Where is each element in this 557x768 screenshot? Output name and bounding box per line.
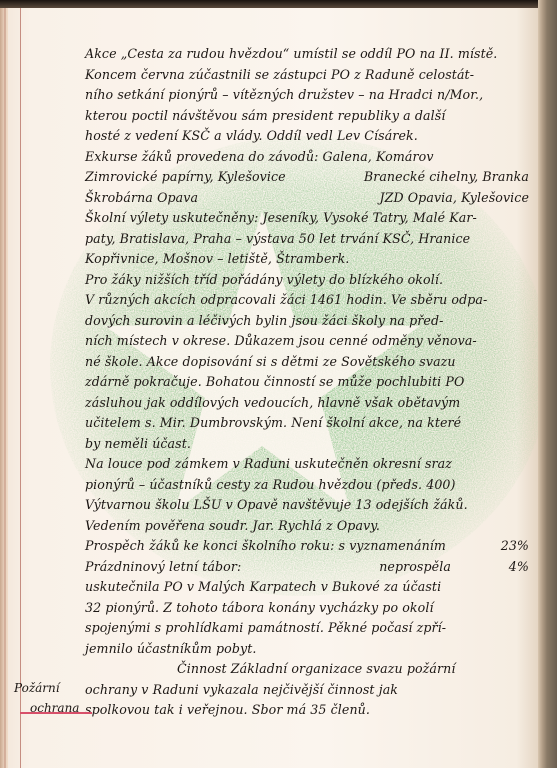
- text-line: Na louce pod zámkem v Raduni uskutečněn …: [85, 454, 535, 475]
- text-segment: Branecké cihelny, Branka: [364, 167, 535, 188]
- margin-heading-line: ochrana: [14, 698, 90, 718]
- text-line: dových surovin a léčivých bylin jsou žác…: [85, 311, 535, 332]
- text-segment: neprospěla: [379, 557, 451, 578]
- percentage: 23%: [501, 536, 535, 557]
- text-line: by neměli účast.: [85, 434, 535, 455]
- text-line: Zimrovické papírny, Kylešovice Branecké …: [85, 167, 535, 188]
- margin-heading-line: Požární: [14, 678, 90, 698]
- text-line: V různých akcích odpracovali žáci 1461 h…: [85, 290, 535, 311]
- text-line: paty, Bratislava, Praha – výstava 50 let…: [85, 229, 535, 250]
- text-line: učitelem s. Mir. Dumbrovským. Není školn…: [85, 413, 535, 434]
- text-line: ochrany v Raduni vykazala nejčivější čin…: [85, 680, 535, 701]
- text-line: spojenými s prohlídkami památností. Pěkn…: [85, 618, 535, 639]
- text-line: uskutečnila PO v Malých Karpatech v Buko…: [85, 577, 535, 598]
- text-line: Kopřivnice, Mošnov – letiště, Štramberk.: [85, 249, 535, 270]
- text-line: Výtvarnou školu LŠU v Opavě navštěvuje 1…: [85, 495, 535, 516]
- text-line: hosté z vedení KSČ a vlády. Oddíl vedl L…: [85, 126, 535, 147]
- text-line: kterou poctil návštěvou sám president re…: [85, 106, 535, 127]
- text-line: jemnilo účastníkům pobyt.: [85, 639, 535, 660]
- text-line: zdárně pokračuje. Bohatou činností se mů…: [85, 372, 535, 393]
- text-segment: Zimrovické papírny, Kylešovice: [85, 167, 286, 188]
- text-line: né škole. Akce dopisování si s dětmi ze …: [85, 352, 535, 373]
- margin-heading-underline: [20, 712, 92, 714]
- text-line: zásluhou jak oddílových vedoucích, hlavn…: [85, 393, 535, 414]
- text-line: Škrobárna Opava JZD Opavia, Kylešovice: [85, 188, 535, 209]
- text-segment: Prázdninový letní tábor:: [85, 557, 241, 578]
- text-line: Koncem června zúčastnili se zástupci PO …: [85, 65, 535, 86]
- text-line: Akce „Cesta za rudou hvězdou“ umístil se…: [85, 44, 535, 65]
- text-line: ních místech v okrese. Důkazem jsou cenn…: [85, 331, 535, 352]
- text-line: 32 pionýrů. Z tohoto tábora konány vychá…: [85, 598, 535, 619]
- text-line: Prospěch žáků ke konci školního roku: s …: [85, 536, 535, 557]
- text-line: Exkurse žáků provedena do závodů: Galena…: [85, 147, 535, 168]
- percentage: 4%: [509, 557, 535, 578]
- text-line: Školní výlety uskutečněny: Jeseníky, Vys…: [85, 208, 535, 229]
- text-line: pionýrů – účastníků cesty za Rudou hvězd…: [85, 475, 535, 496]
- book-binding: [538, 0, 557, 768]
- margin-rule: [20, 6, 21, 768]
- text-line: Vedením pověřena soudr. Jar. Rychlá z Op…: [85, 516, 535, 537]
- text-line: Činnost Základní organizace svazu požárn…: [85, 659, 535, 680]
- text-line: Pro žáky nižších tříd pořádány výlety do…: [85, 270, 535, 291]
- text-line: Prázdninový letní tábor: neprospěla 4%: [85, 557, 535, 578]
- page-top-shadow: [0, 0, 557, 8]
- text-segment: Škrobárna Opava: [85, 188, 198, 209]
- text-segment: Prospěch žáků ke konci školního roku: s …: [85, 536, 446, 557]
- handwritten-text: Akce „Cesta za rudou hvězdou“ umístil se…: [85, 44, 535, 721]
- notebook-page: Akce „Cesta za rudou hvězdou“ umístil se…: [0, 6, 538, 768]
- text-line: ního setkání pionýrů – vítězných družste…: [85, 85, 535, 106]
- text-line: spolkovou tak i veřejnou. Sbor má 35 čle…: [85, 700, 535, 721]
- text-segment: JZD Opavia, Kylešovice: [379, 188, 535, 209]
- margin-rule-outer: [4, 6, 6, 768]
